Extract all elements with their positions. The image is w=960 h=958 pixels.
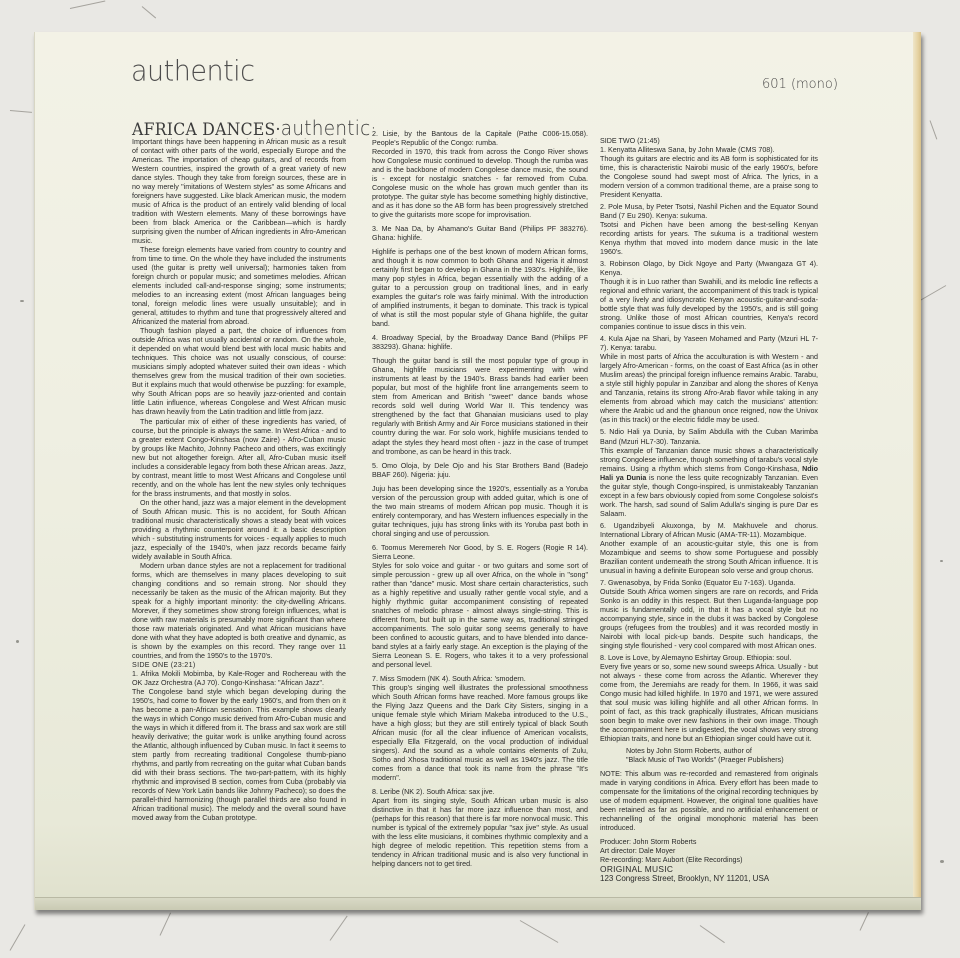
intro-paragraph: Though fashion played a part, the choice…	[132, 327, 346, 417]
track-notes-text: This example of Tanzanian dance music sh…	[600, 447, 818, 473]
paint-speck	[16, 640, 19, 643]
track-notes: Though its guitars are electric and its …	[600, 155, 818, 200]
track-title: 2. Pole Musa, by Peter Tsotsi, Nashil Pi…	[600, 203, 818, 221]
label-logo: authentic	[131, 55, 255, 88]
track-title: 1. Kenyatta Alliteswa Sana, by John Mwal…	[600, 146, 818, 155]
sleeve-spine-edge	[913, 32, 921, 910]
catalog-number: 601 (mono)	[762, 77, 838, 92]
side-two-heading: SIDE TWO (21:45)	[600, 137, 818, 146]
track-notes: Tsotsi and Pichen have been among the be…	[600, 221, 818, 257]
paint-scratch	[10, 110, 32, 113]
paint-scratch	[70, 1, 105, 9]
intro-paragraph: On the other hand, jazz was a major elem…	[132, 499, 346, 562]
track-notes: Another example of an acoustic-guitar st…	[600, 540, 818, 576]
track-notes: Though it is in Luo rather than Swahili,…	[600, 278, 818, 332]
track-notes: Highlife is perhaps one of the best know…	[372, 248, 588, 329]
track-notes: This example of Tanzanian dance music sh…	[600, 447, 818, 519]
paint-scratch	[700, 925, 725, 943]
column-2: 2. Lisie, by the Bantous de la Capitale …	[372, 130, 588, 869]
paint-speck	[940, 560, 943, 562]
track-notes: Outside South Africa women singers are r…	[600, 588, 818, 651]
track-title: 3. Robinson Olago, by Dick Ngoye and Par…	[600, 260, 818, 278]
track-notes: Every five years or so, some new sound s…	[600, 663, 818, 744]
track-notes: Juju has been developing since the 1920'…	[372, 485, 588, 539]
paint-scratch	[160, 913, 171, 936]
track-title: 3. Me Naa Da, by Ahamano's Guitar Band (…	[372, 225, 588, 243]
album-title-text: AFRICA DANCES	[132, 120, 276, 140]
track-notes: The Congolese band style which began dev…	[132, 688, 346, 823]
paint-scratch	[860, 912, 869, 931]
intro-paragraph: Important things have been happening in …	[132, 138, 346, 246]
author-book: "Black Music of Two Worlds" (Praeger Pub…	[600, 756, 818, 765]
track-title: 4. Broadway Special, by the Broadway Dan…	[372, 334, 588, 352]
track-title: 4. Kula Ajae na Shari, by Yaseen Mohamed…	[600, 335, 818, 353]
track-title: 6. Ugandzibyeli Akuxonga, by M. Makhuvel…	[600, 522, 818, 540]
track-title: 5. Ndio Hali ya Dunia, by Salim Abdulla …	[600, 428, 818, 446]
column-1: AFRICA DANCES·authentic· Important thing…	[132, 124, 346, 823]
intro-paragraph: These foreign elements have varied from …	[132, 246, 346, 327]
intro-paragraph: Modern urban dance styles are not a repl…	[132, 562, 346, 661]
record-label-address: 123 Congress Street, Brooklyn, NY 11201,…	[600, 874, 818, 883]
track-notes: Though the guitar band is still the most…	[372, 357, 588, 456]
art-director-credit: Art director: Dale Moyer	[600, 847, 818, 856]
paint-scratch	[142, 6, 156, 18]
track-title: 6. Toomus Meremereh Nor Good, by S. E. R…	[372, 544, 588, 562]
track-title: 1. Afrika Mokili Mobimba, by Kale-Roger …	[132, 670, 346, 688]
paint-speck	[940, 860, 944, 863]
track-title: 8. Leribe (NK 2). South Africa: sax jive…	[372, 788, 588, 797]
paint-scratch	[920, 285, 946, 301]
track-title: 8. Love is Love, by Alemayno Eshirtay Gr…	[600, 654, 818, 663]
track-title: 2. Lisie, by the Bantous de la Capitale …	[372, 130, 588, 148]
track-title: 7. Gwenasobya, by Frida Sonko (Equator E…	[600, 579, 818, 588]
notes-author: Notes by John Storm Roberts, author of	[600, 747, 818, 756]
sleeve-bottom-fold	[35, 897, 921, 910]
remaster-note: NOTE: This album was re-recorded and rem…	[600, 770, 818, 833]
album-title: AFRICA DANCES·authentic·	[132, 124, 329, 135]
intro-paragraph: The particular mix of either of these in…	[132, 418, 346, 499]
side-one-heading: SIDE ONE (23:21)	[132, 661, 346, 670]
paint-speck	[20, 300, 24, 302]
track-notes: Styles for solo voice and guitar - or tw…	[372, 562, 588, 670]
track-notes: Apart from its singing style, South Afri…	[372, 797, 588, 869]
producer-credit: Producer: John Storm Roberts	[600, 838, 818, 847]
paint-scratch	[330, 916, 348, 941]
track-title: 7. Miss Smodern (NK 4). South Africa: 's…	[372, 675, 588, 684]
track-notes: This group's singing well illustrates th…	[372, 684, 588, 783]
paint-scratch	[520, 920, 559, 943]
track-notes: While in most parts of Africa the accult…	[600, 353, 818, 425]
paint-scratch	[930, 120, 938, 139]
album-title-accent: authentic·	[281, 116, 377, 140]
column-3: SIDE TWO (21:45) 1. Kenyatta Alliteswa S…	[600, 137, 818, 883]
track-notes: Recorded in 1970, this track from across…	[372, 148, 588, 220]
record-label-name: ORIGINAL MUSIC	[600, 865, 818, 874]
paint-scratch	[10, 924, 26, 950]
record-sleeve-back: authentic 601 (mono) AFRICA DANCES·authe…	[34, 32, 921, 910]
track-title: 5. Omo Oloja, by Dele Ojo and his Star B…	[372, 462, 588, 480]
